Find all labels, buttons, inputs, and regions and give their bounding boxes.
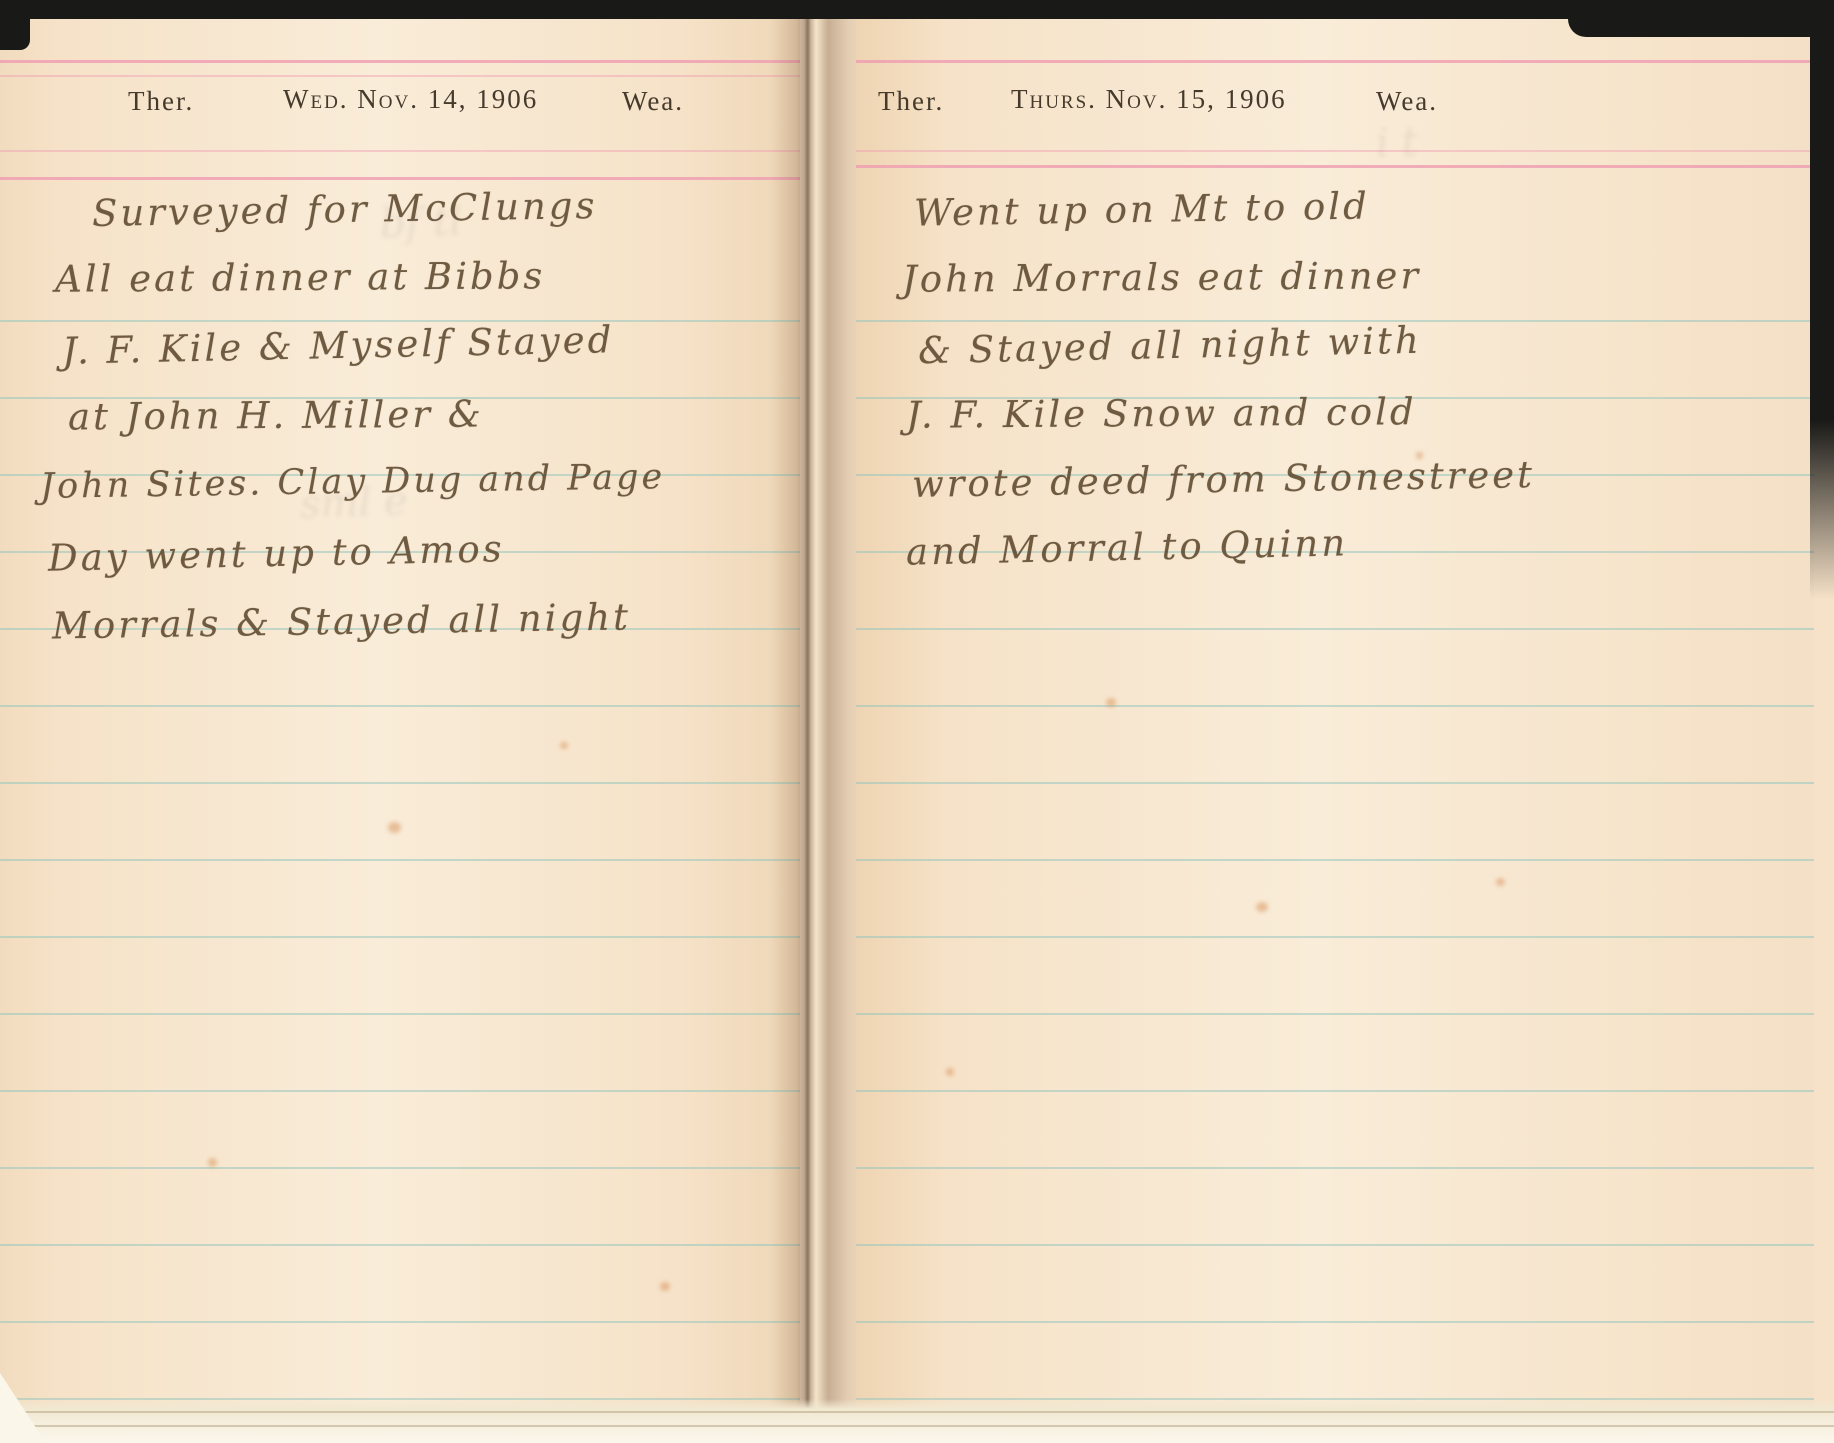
pink-rule bbox=[0, 75, 800, 77]
diary-page-right: Ther. Thurs. Nov. 15, 1906 Wea. Went up … bbox=[856, 0, 1814, 1443]
age-spot bbox=[660, 1282, 670, 1291]
handwritten-line: J. F. Kile Snow and cold bbox=[906, 390, 1417, 437]
age-spot bbox=[1496, 878, 1505, 886]
age-spot bbox=[388, 822, 401, 833]
diary-scan: Ther. Wed. Nov. 14, 1906 Wea. Surveyed f… bbox=[0, 0, 1834, 1443]
handwritten-line: Went up on Mt to old bbox=[914, 184, 1370, 234]
age-spot bbox=[560, 742, 568, 749]
diary-entry-right: Went up on Mt to old John Morrals eat di… bbox=[856, 0, 1814, 1443]
photo-edge-top bbox=[0, 0, 1834, 19]
page-edge-line bbox=[0, 1425, 1834, 1427]
handwritten-line: wrote deed from Stonestreet bbox=[912, 453, 1536, 506]
wea-label: Wea. bbox=[1376, 86, 1438, 117]
page-edge-line bbox=[0, 1411, 1834, 1413]
age-spot bbox=[1106, 698, 1116, 707]
age-spot bbox=[1416, 452, 1423, 459]
photo-edge-top-right bbox=[1568, 0, 1834, 37]
ink-bleed-ghost: sml e bbox=[299, 478, 408, 528]
handwritten-line: J. F. Kile & Myself Stayed bbox=[62, 318, 615, 373]
pink-rule bbox=[856, 60, 1814, 63]
page-date: Wed. Nov. 14, 1906 bbox=[283, 84, 538, 115]
pink-rule bbox=[856, 165, 1814, 168]
handwritten-line: at John H. Miller & bbox=[68, 393, 484, 439]
age-spot bbox=[208, 1158, 217, 1167]
pink-rule bbox=[0, 60, 800, 63]
page-stack-edge-bottom bbox=[0, 1399, 1834, 1443]
photo-edge-right bbox=[1810, 0, 1834, 600]
wea-label: Wea. bbox=[622, 86, 684, 117]
pink-rule bbox=[856, 150, 1814, 152]
handwritten-line: and Morral to Quinn bbox=[906, 521, 1349, 573]
ink-bleed-ghost: bf tl bbox=[379, 199, 463, 248]
handwritten-line: John Morrals eat dinner bbox=[902, 254, 1421, 301]
handwritten-line: & Stayed all night with bbox=[918, 319, 1423, 373]
handwritten-line: Surveyed for McClungs bbox=[92, 184, 598, 235]
handwritten-line: All eat dinner at Bibbs bbox=[55, 254, 546, 300]
diary-page-left: Ther. Wed. Nov. 14, 1906 Wea. Surveyed f… bbox=[0, 0, 800, 1443]
pink-rule bbox=[0, 177, 800, 180]
ther-label: Ther. bbox=[878, 86, 944, 117]
page-date: Thurs. Nov. 15, 1906 bbox=[1011, 84, 1287, 115]
handwritten-line: Morrals & Stayed all night bbox=[52, 595, 632, 647]
ruled-lines bbox=[856, 245, 1814, 1403]
handwritten-line: Day went up to Amos bbox=[48, 527, 505, 580]
age-spot bbox=[946, 1068, 954, 1076]
age-spot bbox=[1256, 902, 1268, 912]
pink-rule bbox=[0, 150, 800, 152]
ther-label: Ther. bbox=[128, 86, 194, 117]
photo-edge-top-left bbox=[0, 0, 30, 50]
ink-bleed-ghost: i t bbox=[1375, 119, 1418, 166]
binding-crease bbox=[806, 0, 809, 1443]
